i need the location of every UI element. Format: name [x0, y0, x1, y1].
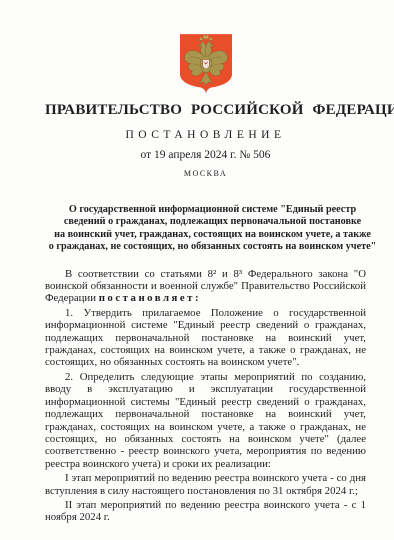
authority-name: ПРАВИТЕЛЬСТВО РОССИЙСКОЙ ФЕДЕРАЦИИ — [45, 103, 366, 118]
paragraph-stage-1: I этап мероприятий по ведению реестра во… — [45, 472, 366, 497]
date-and-number-line: от 19 апреля 2024 г. № 506 — [45, 149, 366, 162]
paragraph-item-2: 2. Определить следующие этапы мероприяти… — [45, 371, 366, 470]
title-line-3: на воинский учет, гражданах, состоящих н… — [45, 229, 380, 241]
decree-document-page: ПРАВИТЕЛЬСТВО РОССИЙСКОЙ ФЕДЕРАЦИИ ПОСТА… — [0, 0, 394, 540]
document-type-label: ПОСТАНОВЛЕНИЕ — [45, 129, 366, 142]
document-title: О государственной информационной системе… — [45, 204, 380, 254]
title-line-4: о гражданах, не состоящих, но обязанных … — [45, 241, 380, 253]
title-line-2: сведений о гражданах, подлежащих первона… — [45, 216, 380, 228]
intro-text: В соответствии со статьями 8² и 8³ Федер… — [45, 268, 366, 305]
paragraph-stage-2: II этап мероприятий по ведению реестра в… — [45, 499, 366, 524]
intro-paragraph: В соответствии со статьями 8² и 8³ Федер… — [45, 268, 366, 305]
resolves-word: постановляет: — [99, 292, 201, 304]
title-line-1: О государственной информационной системе… — [45, 204, 380, 216]
city-label: МОСКВА — [45, 169, 366, 178]
coat-of-arms — [45, 33, 366, 95]
document-body: В соответствии со статьями 8² и 8³ Федер… — [45, 268, 366, 524]
russia-coat-of-arms-icon — [178, 33, 234, 95]
paragraph-item-1: 1. Утвердить прилагаемое Положение о гос… — [45, 307, 366, 369]
